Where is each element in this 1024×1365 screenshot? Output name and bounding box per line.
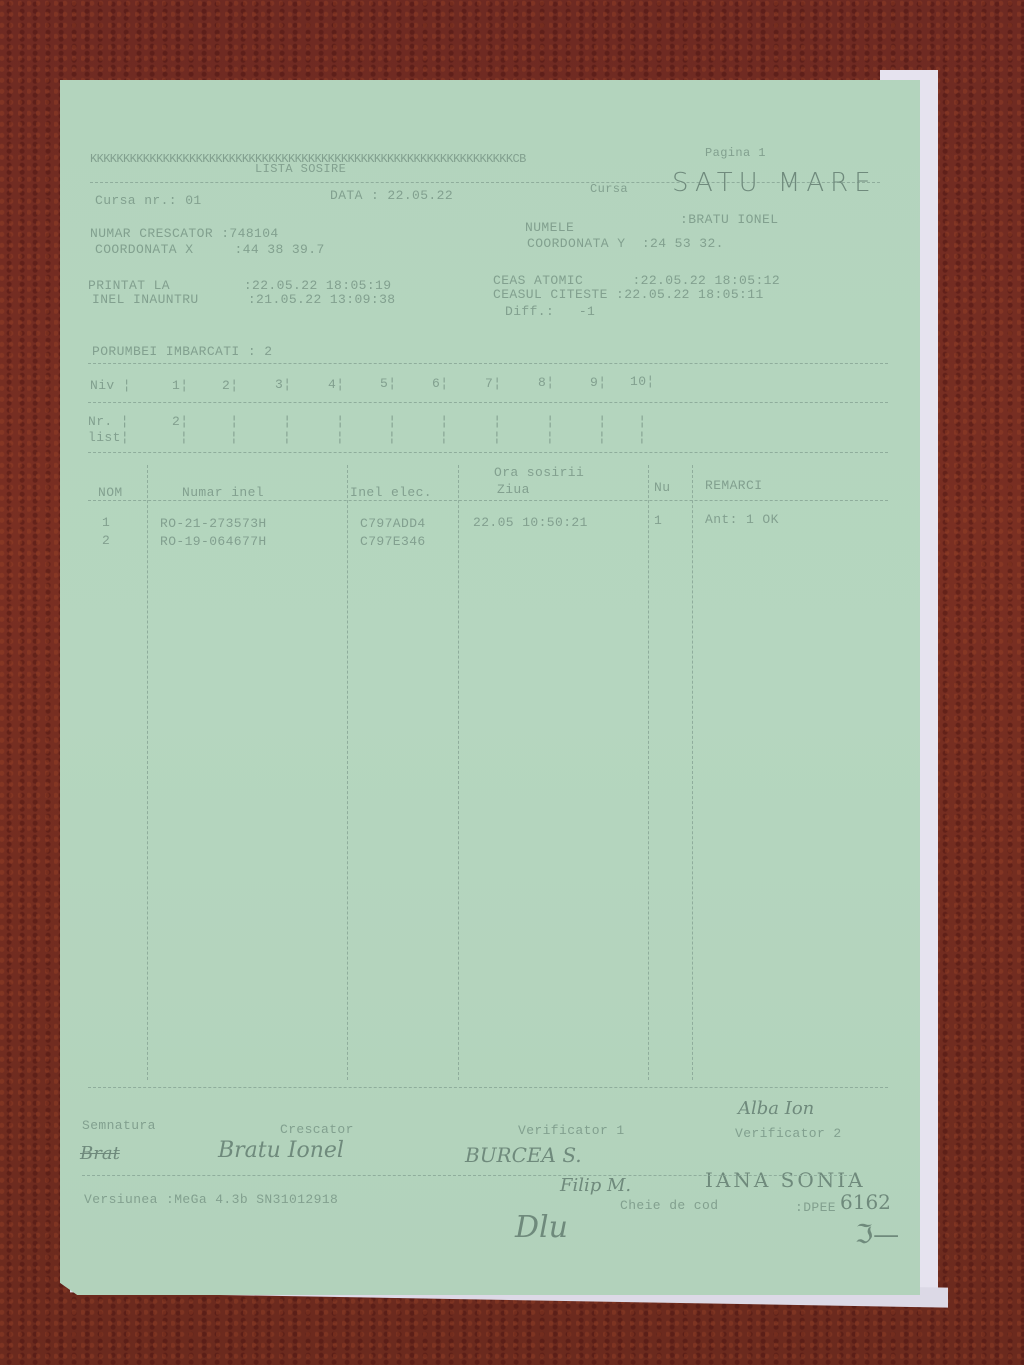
diff: Diff.: -1	[505, 304, 595, 319]
semnatura-label: Semnatura	[82, 1118, 156, 1133]
signature-verificator2: IANA SONIA	[705, 1168, 866, 1192]
inel-inauntru: INEL INAUNTRU :21.05.22 13:09:38	[92, 292, 395, 307]
level-list-10: ¦	[638, 430, 646, 445]
cheie-label: Cheie de cod	[620, 1198, 718, 1213]
level-col-7: 7¦	[485, 376, 501, 391]
list-label: list¦	[88, 430, 129, 445]
row-nu: 1	[654, 513, 662, 528]
col-separator	[147, 465, 148, 1080]
numele-label: NUMELE	[525, 220, 574, 235]
race-date: DATA : 22.05.22	[330, 188, 453, 203]
row-remarci: Ant: 1 OK	[705, 512, 779, 527]
level-list-5: ¦	[388, 430, 396, 445]
level-nr-7: ¦	[485, 414, 501, 429]
level-col-6: 6¦	[432, 376, 448, 391]
crescator-label: Crescator	[280, 1122, 354, 1137]
level-col-10: 10¦	[630, 374, 655, 389]
divider	[88, 452, 888, 453]
level-nr-8: ¦	[538, 414, 554, 429]
level-col-4: 4¦	[328, 377, 344, 392]
level-nr-3: ¦	[275, 414, 291, 429]
document-title: LISTA SOSIRE	[255, 162, 346, 176]
level-list-1: ¦	[180, 430, 188, 445]
cursa-label: Cursa	[590, 182, 628, 196]
divider	[88, 363, 888, 364]
row-numar-inel: RO-21-273573H	[160, 516, 267, 531]
col-remarci: REMARCI	[705, 478, 762, 493]
row-ora: 22.05 10:50:21	[473, 515, 588, 530]
col-nom: NOM	[98, 485, 123, 500]
row-inel-elec: C797E346	[360, 534, 426, 549]
level-list-3: ¦	[283, 430, 291, 445]
col-inel-elec: Inel elec.	[350, 485, 432, 500]
col-separator	[458, 465, 459, 1080]
col-ziua: Ziua	[497, 482, 530, 497]
row-inel-elec: C797ADD4	[360, 516, 426, 531]
row-nom: 2	[102, 533, 110, 548]
level-col-5: 5¦	[380, 376, 396, 391]
level-nr-1: 2¦	[172, 414, 188, 429]
ceasul-citeste: CEASUL CITESTE :22.05.22 18:05:11	[493, 287, 764, 302]
col-separator	[648, 465, 649, 1080]
col-nu: Nu	[654, 480, 670, 495]
level-nr-5: ¦	[380, 414, 396, 429]
ceas-atomic: CEAS ATOMIC :22.05.22 18:05:12	[493, 273, 780, 288]
signature-verificator1: BURCEA S.	[465, 1143, 582, 1167]
divider	[88, 402, 888, 403]
level-list-7: ¦	[493, 430, 501, 445]
signature-verificator2-top: Alba Ion	[738, 1098, 814, 1119]
level-nr-4: ¦	[328, 414, 344, 429]
level-col-8: 8¦	[538, 375, 554, 390]
porumbei-imbarcati: PORUMBEI IMBARCATI : 2	[92, 344, 272, 359]
coord-y: COORDONATA Y :24 53 32.	[527, 236, 724, 251]
signature-scribble: Dlu	[515, 1210, 568, 1245]
level-list-2: ¦	[230, 430, 238, 445]
cursa-nr: Cursa nr.: 01	[95, 193, 202, 208]
arrival-list-document: KKKKKKKKKKKKKKKKKKKKKKKKKKKKKKKKKKKKKKKK…	[60, 80, 920, 1295]
row-numar-inel: RO-19-064677H	[160, 534, 267, 549]
signature-crescator: Bratu Ionel	[218, 1138, 344, 1163]
row-nom: 1	[102, 515, 110, 530]
level-nr-9: ¦	[590, 414, 606, 429]
divider	[88, 500, 888, 501]
level-col-1: 1¦	[172, 378, 188, 393]
cheie-value: :DPEE	[795, 1200, 836, 1215]
level-list-8: ¦	[546, 430, 554, 445]
col-numar-inel: Numar inel	[182, 485, 264, 500]
level-list-4: ¦	[336, 430, 344, 445]
cursa-handwritten: SATU MARE	[672, 168, 877, 198]
divider	[82, 1175, 852, 1176]
signature-verificator1-extra: Filip M.	[560, 1175, 631, 1196]
page-label: Pagina 1	[705, 146, 766, 160]
versiunea: Versiunea :MeGa 4.3b SN31012918	[84, 1192, 338, 1207]
coord-x: COORDONATA X :44 38 39.7	[95, 242, 325, 257]
verificator2-label: Verificator 2	[735, 1126, 842, 1141]
col-ora-sosirii: Ora sosirii	[494, 465, 584, 480]
niv-label: Niv ¦	[90, 378, 131, 393]
printat-la: PRINTAT LA :22.05.22 18:05:19	[88, 278, 391, 293]
level-nr-10: ¦	[630, 414, 646, 429]
col-separator	[347, 465, 348, 1080]
level-nr-2: ¦	[222, 414, 238, 429]
col-separator	[692, 465, 693, 1080]
level-col-9: 9¦	[590, 375, 606, 390]
numele-value: :BRATU IONEL	[680, 212, 778, 227]
level-list-6: ¦	[440, 430, 448, 445]
level-col-2: 2¦	[222, 378, 238, 393]
numar-crescator: NUMAR CRESCATOR :748104	[90, 226, 279, 241]
handwritten-code: 6162	[840, 1190, 891, 1214]
divider	[88, 1087, 888, 1088]
signature-semnatura: Brat	[80, 1143, 120, 1164]
signature-mark: ℑ—	[855, 1220, 899, 1250]
verificator1-label: Verificator 1	[518, 1123, 625, 1138]
nr-label: Nr. ¦	[88, 414, 129, 429]
level-col-3: 3¦	[275, 377, 291, 392]
level-nr-6: ¦	[432, 414, 448, 429]
level-list-9: ¦	[598, 430, 606, 445]
